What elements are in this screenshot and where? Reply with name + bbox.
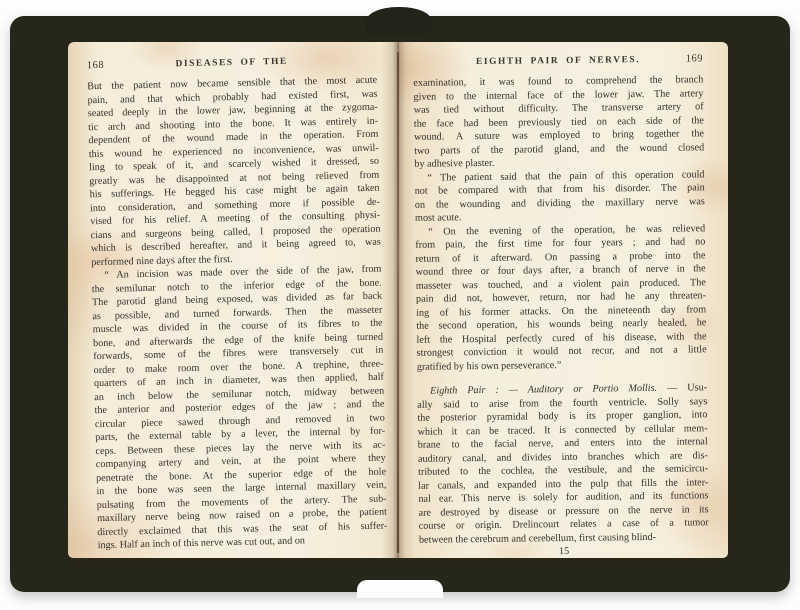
signature-mark: 15 xyxy=(419,544,709,558)
text-line: gratified by his own perseverance.” xyxy=(417,357,707,374)
open-pages: 168 DISEASES OF THE But the patient now … xyxy=(68,42,728,558)
page-left: 168 DISEASES OF THE But the patient now … xyxy=(68,42,398,558)
page-right: EIGHTH PAIR OF NERVES. 169 examination, … xyxy=(398,42,728,558)
paragraph: examination, it was found to comprehend … xyxy=(413,73,704,171)
paragraph: But the patient now became sensible that… xyxy=(87,74,381,270)
book-cover: 168 DISEASES OF THE But the patient now … xyxy=(10,16,790,592)
bottom-notch xyxy=(357,580,443,598)
page-number-right: 169 xyxy=(659,53,703,65)
running-head-right: EIGHTH PAIR OF NERVES. 169 xyxy=(413,53,703,68)
running-head-left: 168 DISEASES OF THE xyxy=(87,54,377,72)
page-number-left: 168 xyxy=(87,59,131,71)
running-header-left: DISEASES OF THE xyxy=(131,56,333,71)
page-text-right: examination, it was found to comprehend … xyxy=(413,73,709,547)
paragraph: “ An incision was made over the side of … xyxy=(91,263,387,553)
photo-background: 168 DISEASES OF THE But the patient now … xyxy=(0,0,800,610)
paragraph: “ The patient said that the pain of this… xyxy=(414,168,705,226)
running-header-right: EIGHTH PAIR OF NERVES. xyxy=(457,55,659,67)
page-text-left: But the patient now became sensible that… xyxy=(87,74,388,553)
paragraph: Eighth Pair : — Auditory or Portio Molli… xyxy=(417,381,709,547)
paragraph: “ On the evening of the operation, he wa… xyxy=(415,222,707,374)
